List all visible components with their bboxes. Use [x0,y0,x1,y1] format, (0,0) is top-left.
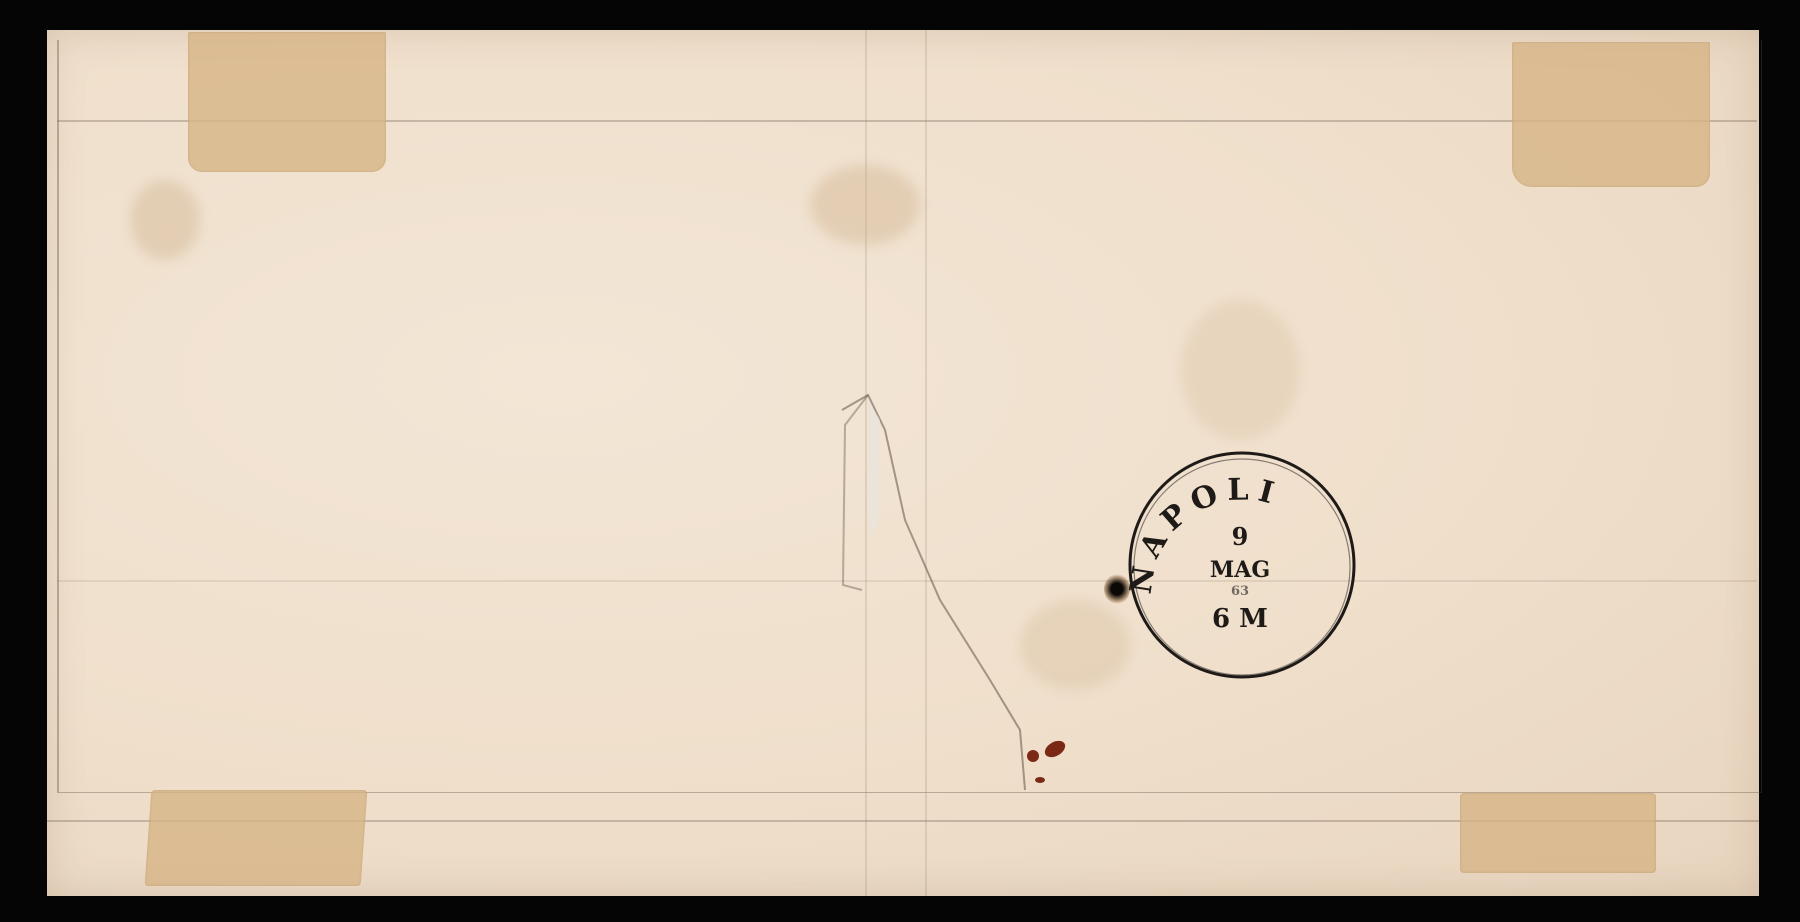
napoli-postmark: NAPOLI 9 MAG 63 6 M [1122,445,1362,685]
rust-spot [1035,777,1045,783]
postmark-year: 63 [1231,584,1249,599]
postmark-day: 9 [1232,522,1249,551]
rust-spot [1027,750,1039,762]
torn-flap-edge [0,0,1800,922]
postmark-month: MAG [1210,557,1270,583]
postmark-time: 6 M [1212,604,1268,634]
